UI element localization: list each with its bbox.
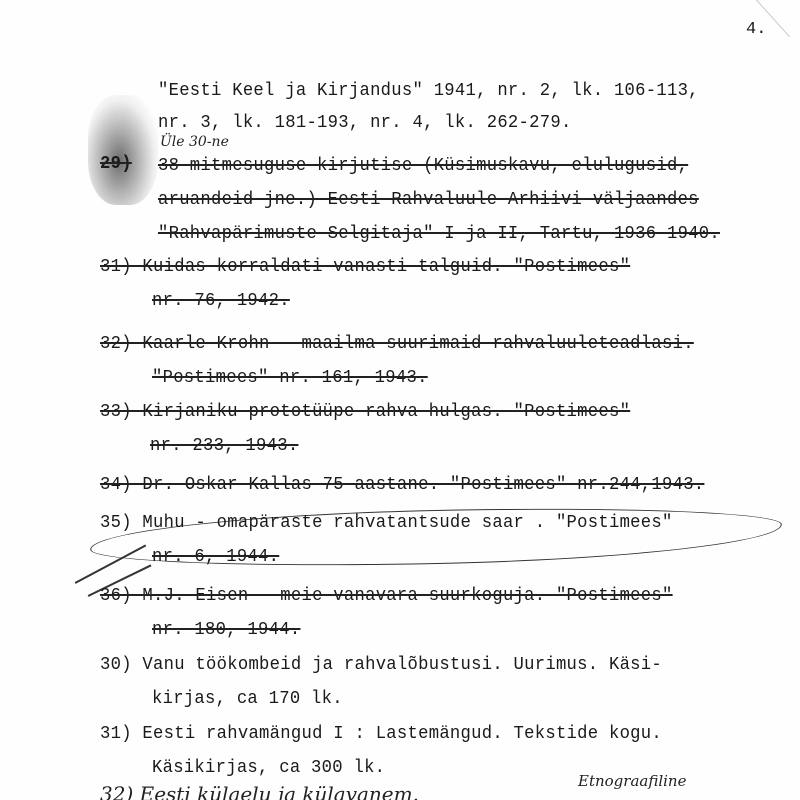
page-number: 4. — [746, 20, 766, 39]
entry-36-line-2: nr. 180, 1944. — [152, 619, 300, 640]
entry-29-line-3: "Rahvapärimuste Selgitaja" I ja II, Tart… — [158, 223, 720, 244]
handwritten-note-etnograafiline: Etnograafiline — [578, 772, 686, 790]
handwritten-entry-32: 32) Eesti külaelu ja külavanem. — [100, 782, 419, 800]
entry-35-line-1: 35) Muhu - omapäraste rahvatantsude saar… — [100, 512, 673, 533]
entry-30-line-2: kirjas, ca 170 lk. — [152, 688, 343, 709]
ink-smudge — [88, 95, 158, 205]
entry-34-line: 34) Dr. Oskar Kallas 75-aastane. "Postim… — [100, 474, 704, 495]
entry-33-line-1: 33) Kirjaniku prototüüpe rahva hulgas. "… — [100, 401, 630, 422]
entry-30-line-1: 30) Vanu töökombeid ja rahvalõbustusi. U… — [100, 654, 662, 675]
entry-33-line-2: nr. 233, 1943. — [150, 435, 298, 456]
entry-32-old-line-1: 32) Kaarle Krohn - maailma suurimaid rah… — [100, 333, 694, 354]
entry-29-number: 29) — [100, 153, 132, 174]
entry-31-old-line-1: 31) Kuidas korraldati vanasti talguid. "… — [100, 256, 630, 277]
entry-31-line-1: 31) Eesti rahvamängud I : Lastemängud. T… — [100, 723, 662, 744]
entry-32-old-line-2: "Postimees" nr. 161, 1943. — [152, 367, 428, 388]
entry-line-2: nr. 3, lk. 181-193, nr. 4, lk. 262-279. — [158, 112, 572, 133]
entry-line-1: "Eesti Keel ja Kirjandus" 1941, nr. 2, l… — [158, 80, 699, 101]
document-page: 4. "Eesti Keel ja Kirjandus" 1941, nr. 2… — [0, 0, 800, 800]
entry-29-line-2: aruandeid jne.) Eesti Rahvaluule Arhiivi… — [158, 189, 699, 210]
entry-35-line-2: nr. 6, 1944. — [152, 546, 279, 567]
handwritten-margin-note: Üle 30-ne — [160, 134, 229, 150]
entry-31-line-2: Käsikirjas, ca 300 lk. — [152, 757, 385, 778]
entry-29-line-1: 38 mitmesuguse kirjutise (Küsimuskavu, e… — [158, 155, 688, 176]
entry-31-old-line-2: nr. 76, 1942. — [152, 290, 290, 311]
entry-36-line-1: 36) M.J. Eisen - meie vanavara suurkoguj… — [100, 585, 673, 606]
